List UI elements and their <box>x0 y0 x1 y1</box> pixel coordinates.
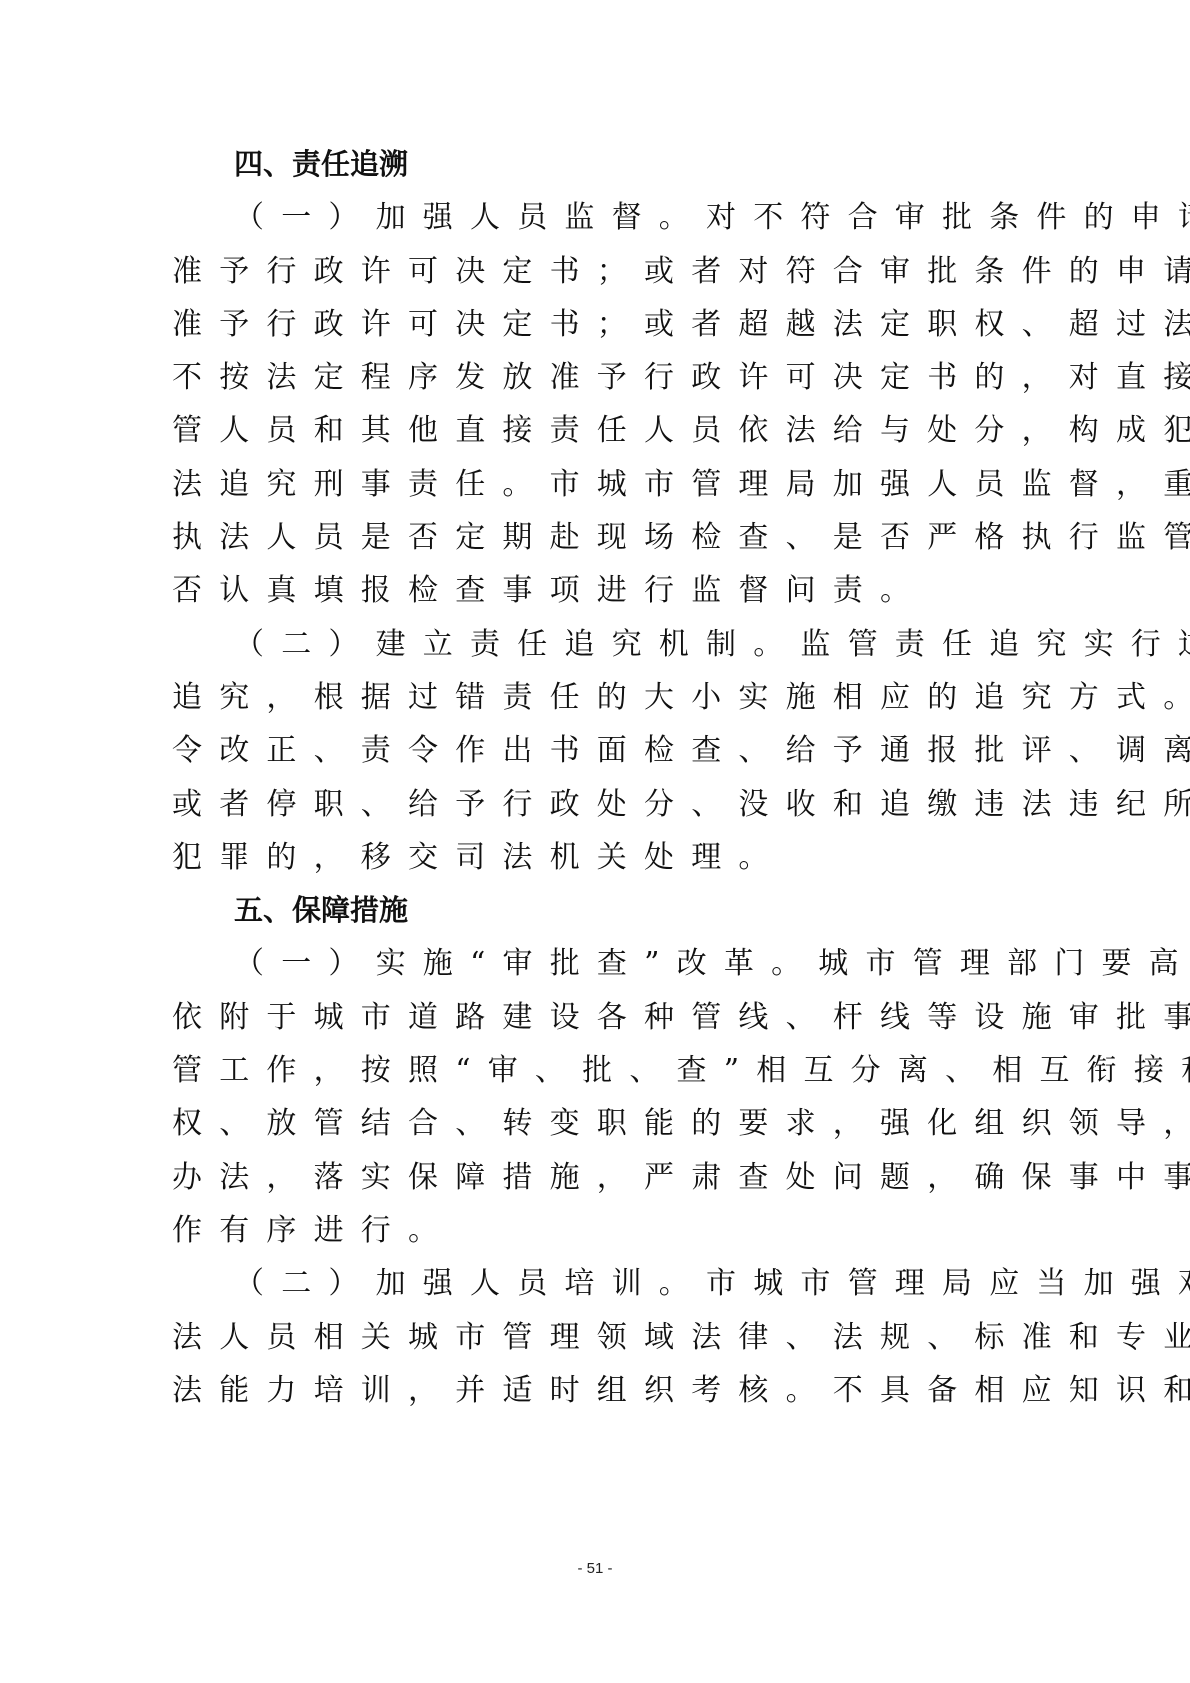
paragraph-line: 犯罪的，移交司法机关处理。 <box>172 831 942 884</box>
paragraph-line: 令改正、责令作出书面检查、给予通报批评、调离工作岗位 <box>172 724 942 777</box>
paragraph-line: 管人员和其他直接责任人员依法给与处分，构成犯罪的，依 <box>172 404 942 457</box>
section-heading-5: 五、保障措施 <box>172 884 942 937</box>
paragraph-line: 法追究刑事责任。市城市管理局加强人员监督，重点对监管 <box>172 458 942 511</box>
paragraph-line: 管工作，按照“审、批、查”相互分离、相互衔接和简政放 <box>172 1044 942 1097</box>
paragraph-line: 作有序进行。 <box>172 1204 942 1257</box>
section-heading-4: 四、责任追溯 <box>172 138 942 191</box>
paragraph-line: 追究，根据过错责任的大小实施相应的追究方式。包括：责 <box>172 671 942 724</box>
paragraph-line: （一）加强人员监督。对不符合审批条件的申请人发放 <box>172 191 942 244</box>
paragraph-line: （二）加强人员培训。市城市管理局应当加强对监管执 <box>172 1257 942 1310</box>
paragraph-line: 准予行政许可决定书；或者对符合审批条件的申请人不发放 <box>172 245 942 298</box>
paragraph-line: 或者停职、给予行政处分、没收和追缴违法违纪所得；涉嫌 <box>172 778 942 831</box>
paragraph-line: 法能力培训，并适时组织考核。不具备相应知识和能力的， <box>172 1364 942 1417</box>
paragraph-line: （一）实施“审批查”改革。城市管理部门要高度重视 <box>172 937 942 990</box>
page-number: - 51 - <box>0 1560 1190 1577</box>
paragraph-line: 依附于城市道路建设各种管线、杆线等设施审批事中事后监 <box>172 991 942 1044</box>
paragraph-line: 否认真填报检查事项进行监督问责。 <box>172 564 942 617</box>
paragraph-line: 执法人员是否定期赴现场检查、是否严格执行监管措施、是 <box>172 511 942 564</box>
paragraph-line: 权、放管结合、转变职能的要求，强化组织领导，完善监管 <box>172 1097 942 1150</box>
paragraph-line: （二）建立责任追究机制。监管责任追究实行过错责任 <box>172 618 942 671</box>
paragraph-line: 准予行政许可决定书；或者超越法定职权、超过法定期限、 <box>172 298 942 351</box>
paragraph-line: 法人员相关城市管理领域法律、法规、标准和专业知识与执 <box>172 1311 942 1364</box>
document-page: 四、责任追溯 （一）加强人员监督。对不符合审批条件的申请人发放 准予行政许可决定… <box>172 138 942 1417</box>
paragraph-line: 不按法定程序发放准予行政许可决定书的，对直接负责的主 <box>172 351 942 404</box>
paragraph-line: 办法，落实保障措施，严肃查处问题，确保事中事后监管工 <box>172 1151 942 1204</box>
